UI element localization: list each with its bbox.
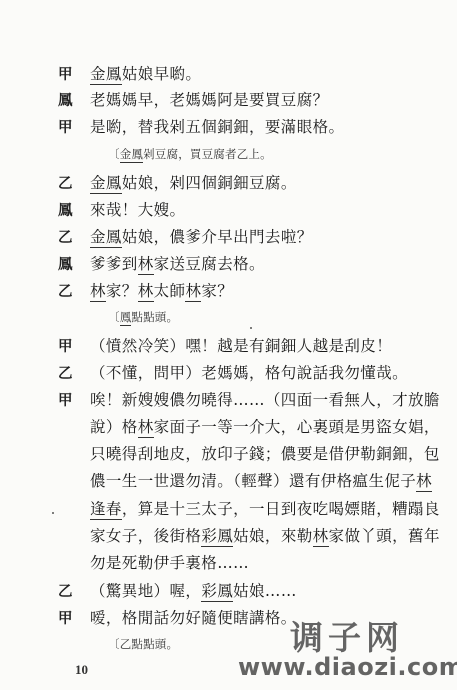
text-segment: ，算是十三太子，一日到夜吃喝嫖賭，糟蹋良 bbox=[122, 500, 440, 518]
speech-text: 只曉得刮地皮，放印子錢；儂要是借伊勒銅鈿，包 bbox=[90, 442, 440, 464]
speech-text: 來哉！大嫂。 bbox=[90, 198, 185, 220]
text-segment: 姑娘，剁四個銅鈿豆腐。 bbox=[122, 174, 297, 192]
text-segment: 家？ bbox=[106, 282, 138, 300]
direction-text: 〔乙點點頭。 bbox=[108, 636, 178, 652]
speaker-label: 鳳 bbox=[58, 89, 80, 110]
text-segment: 〔 bbox=[108, 147, 120, 161]
direction-text: 〔鳳點點頭。 bbox=[108, 309, 178, 325]
speaker-label: 乙 bbox=[58, 362, 80, 383]
text-segment: 老媽媽早，老媽媽阿是要買豆腐？ bbox=[90, 91, 329, 109]
proper-name: 彩鳳 bbox=[201, 527, 233, 547]
text-segment: 〔乙點點頭。 bbox=[108, 637, 178, 651]
speech-text: 勿是死勒伊手裏格…… bbox=[90, 551, 249, 573]
proper-name: 金鳳 bbox=[90, 228, 122, 248]
proper-name: 逢春 bbox=[90, 500, 122, 520]
speech-text: 爹爹到林家送豆腐去格。 bbox=[90, 252, 265, 274]
speech-text: 金鳳姑娘早喲。 bbox=[90, 62, 201, 84]
proper-name: 金鳳 bbox=[90, 65, 122, 85]
text-segment: 家女子，後街格 bbox=[90, 527, 201, 545]
text-segment: 爹爹到 bbox=[90, 255, 138, 273]
scanned-script-page: 甲金鳳姑娘早喲。鳳老媽媽早，老媽媽阿是要買豆腐？甲是喲，替我剁五個銅鈿，要滿眼格… bbox=[0, 0, 457, 690]
text-segment: （不懂，問甲）老媽媽，格句說話我勿懂哉。 bbox=[90, 364, 408, 382]
text-segment: 是喲，替我剁五個銅鈿，要滿眼格。 bbox=[90, 118, 344, 136]
speech-text: （憤然冷笑）嘿！越是有銅鈿人越是刮皮！ bbox=[90, 334, 392, 356]
scan-speck bbox=[250, 327, 252, 329]
page-number: 10 bbox=[75, 662, 88, 678]
speech-text: 金鳳姑娘，儂爹介早出門去啦？ bbox=[90, 225, 313, 247]
speaker-label: 甲 bbox=[58, 389, 80, 410]
text-segment: 點點頭。 bbox=[131, 310, 178, 324]
proper-name: 彩鳳 bbox=[201, 582, 233, 602]
text-segment: 〔 bbox=[108, 310, 120, 324]
text-segment: 家送豆腐去格。 bbox=[154, 255, 265, 273]
proper-name: 林 bbox=[185, 282, 201, 302]
text-segment: 嗳，格閒話勿好隨便瞎講格。 bbox=[90, 609, 297, 627]
speaker-label: 乙 bbox=[58, 580, 80, 601]
proper-name: 金鳳 bbox=[90, 174, 122, 194]
text-segment: 儂一生一世還勿清。（輕聲）還有伊格瘟生伲子 bbox=[90, 472, 416, 490]
speaker-label: 鳳 bbox=[58, 199, 80, 220]
text-segment: 家？ bbox=[201, 282, 233, 300]
speech-text: （驚異地）喔，彩鳳姑娘…… bbox=[90, 579, 297, 601]
speech-text: 老媽媽早，老媽媽阿是要買豆腐？ bbox=[90, 88, 329, 110]
text-segment: 家做丫頭，舊年 bbox=[329, 527, 440, 545]
speech-text: 儂一生一世還勿清。（輕聲）還有伊格瘟生伲子林 bbox=[90, 469, 432, 491]
watermark-url: www.diaozi.com bbox=[238, 653, 457, 681]
text-segment: 來哉！大嫂。 bbox=[90, 201, 185, 219]
proper-name: 林 bbox=[138, 282, 154, 302]
scan-speck bbox=[52, 512, 54, 514]
speaker-label: 鳳 bbox=[58, 253, 80, 274]
speech-text: 說）格林家面子一等一介大，心裏頭是男盜女娼， bbox=[90, 415, 440, 437]
speaker-label: 甲 bbox=[58, 607, 80, 628]
text-segment: 姑娘，儂爹介早出門去啦？ bbox=[122, 228, 313, 246]
text-segment: 姑娘早喲。 bbox=[122, 65, 202, 83]
speech-text: 嗳，格閒話勿好隨便瞎講格。 bbox=[90, 606, 297, 628]
text-segment: （憤然冷笑）嘿！越是有銅鈿人越是刮皮！ bbox=[90, 337, 392, 355]
speech-text: 家女子，後街格彩鳳姑娘，來勒林家做丫頭，舊年 bbox=[90, 524, 440, 546]
proper-name: 鳳 bbox=[120, 310, 132, 326]
speech-text: 唉！新嫂嫂儂勿曉得……（四面一看無人，才放膽 bbox=[90, 388, 440, 410]
speaker-label: 甲 bbox=[58, 335, 80, 356]
speaker-label: 乙 bbox=[58, 280, 80, 301]
text-segment: 說）格 bbox=[90, 418, 138, 436]
proper-name: 林 bbox=[313, 527, 329, 547]
speech-text: 是喲，替我剁五個銅鈿，要滿眼格。 bbox=[90, 115, 344, 137]
watermark-title: 调子网 bbox=[290, 612, 404, 659]
proper-name: 林 bbox=[416, 472, 432, 492]
text-segment: 姑娘…… bbox=[233, 582, 297, 600]
speaker-label: 乙 bbox=[58, 226, 80, 247]
proper-name: 金鳳 bbox=[120, 147, 143, 163]
speech-text: 逢春，算是十三太子，一日到夜吃喝嫖賭，糟蹋良 bbox=[90, 497, 440, 519]
proper-name: 林 bbox=[90, 282, 106, 302]
text-segment: 只曉得刮地皮，放印子錢；儂要是借伊勒銅鈿，包 bbox=[90, 445, 440, 463]
speaker-label: 甲 bbox=[58, 116, 80, 137]
speech-text: （不懂，問甲）老媽媽，格句說話我勿懂哉。 bbox=[90, 361, 408, 383]
text-segment: （驚異地）喔， bbox=[90, 582, 201, 600]
text-segment: 唉！新嫂嫂儂勿曉得……（四面一看無人，才放膽 bbox=[90, 391, 440, 409]
text-segment: 家面子一等一介大，心裏頭是男盜女娼， bbox=[154, 418, 440, 436]
speaker-label: 甲 bbox=[58, 63, 80, 84]
direction-text: 〔金鳳剁豆腐，買豆腐者乙上。 bbox=[108, 146, 272, 162]
proper-name: 林 bbox=[138, 418, 154, 438]
speaker-label: 乙 bbox=[58, 172, 80, 193]
text-segment: 剁豆腐，買豆腐者乙上。 bbox=[143, 147, 272, 161]
speech-text: 金鳳姑娘，剁四個銅鈿豆腐。 bbox=[90, 171, 297, 193]
text-segment: 太師 bbox=[154, 282, 186, 300]
proper-name: 林 bbox=[138, 255, 154, 275]
speech-text: 林家？林太師林家？ bbox=[90, 279, 233, 301]
text-segment: 勿是死勒伊手裏格…… bbox=[90, 554, 249, 572]
text-segment: 姑娘，來勒 bbox=[233, 527, 313, 545]
